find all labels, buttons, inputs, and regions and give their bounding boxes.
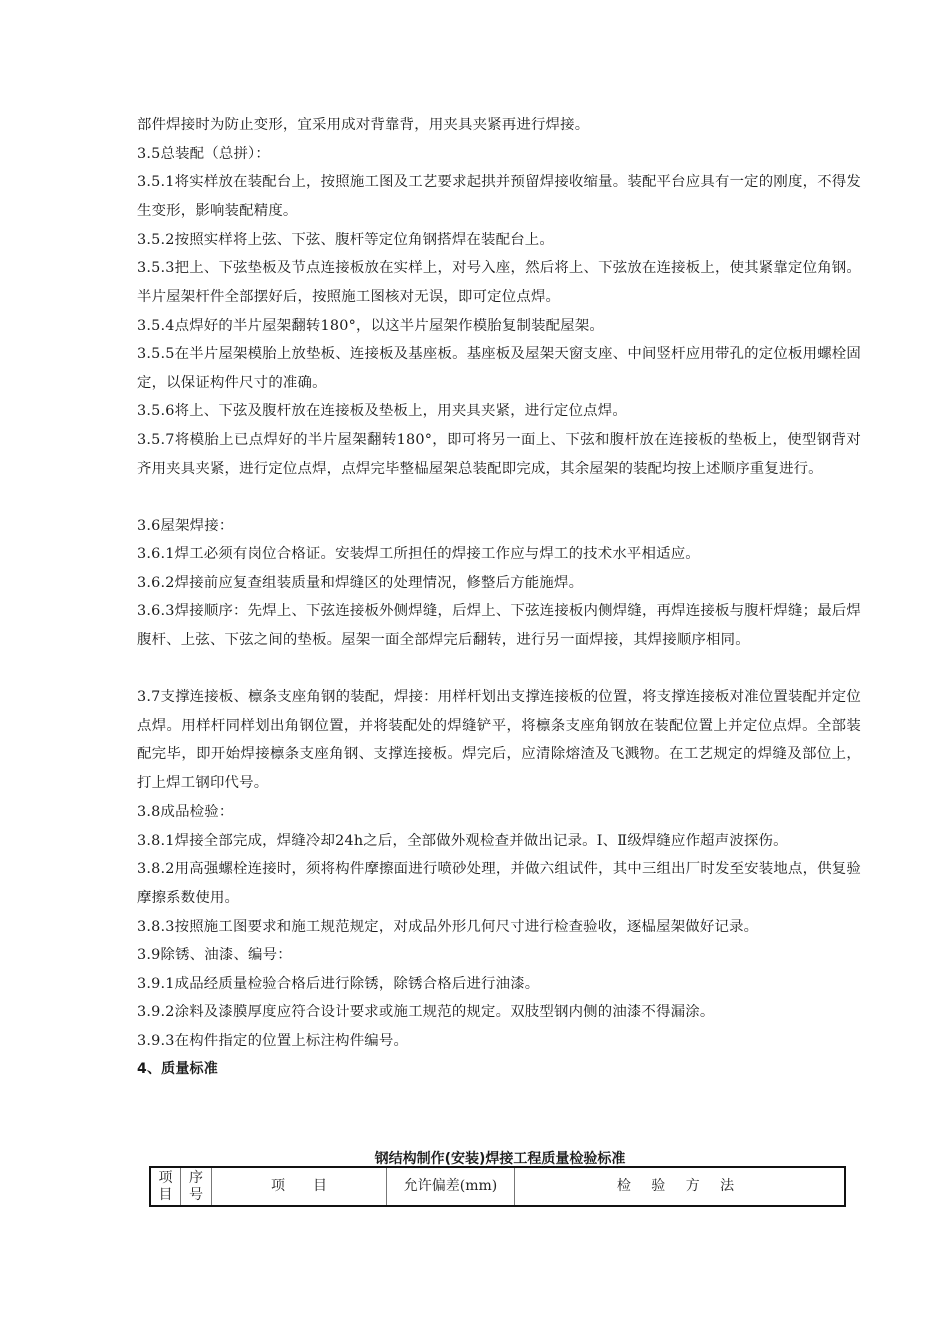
paragraph-3-5-7: 3.5.7将模胎上已点焊好的半片屋架翻转180°，即可将另一面上、下弦和腹杆放在…: [137, 426, 861, 483]
header-serial-number: 序 号: [181, 1167, 212, 1206]
header-serial-line2: 号: [181, 1187, 211, 1204]
paragraph-3-5-4: 3.5.4点焊好的半片屋架翻转180°，以这半片屋架作模胎复制装配屋架。: [137, 312, 861, 341]
heading-3-5: 3.5总装配（总拼）：: [137, 140, 861, 169]
paragraph-3-9-1: 3.9.1成品经质量检验合格后进行除锈，除锈合格后进行油漆。: [137, 970, 861, 999]
paragraph-3-8-3: 3.8.3按照施工图要求和施工规范规定，对成品外形几何尺寸进行检查验收，逐榀屋架…: [137, 913, 861, 942]
header-category-line2: 目: [151, 1187, 180, 1204]
table-title: 钢结构制作(安装)焊接工程质量检验标准: [140, 1148, 860, 1168]
header-inspection-method: 检 验 方 法: [515, 1167, 846, 1206]
paragraph-3-5-3: 3.5.3把上、下弦垫板及节点连接板放在实样上，对号入座，然后将上、下弦放在连接…: [137, 254, 861, 311]
section-heading-quality-standards: 4、质量标准: [137, 1055, 861, 1084]
table-header-row: 项 目 序 号 项 目 允许偏差(mm) 检 验 方 法: [150, 1167, 845, 1206]
header-category: 项 目: [150, 1167, 181, 1206]
paragraph-3-7: 3.7支撑连接板、檩条支座角钢的装配，焊接：用样杆划出支撑连接板的位置，将支撑连…: [137, 683, 861, 797]
paragraph-3-8-2: 3.8.2用高强螺栓连接时，须将构件摩擦面进行喷砂处理，并做六组试件，其中三组出…: [137, 855, 861, 912]
header-serial-line1: 序: [181, 1170, 211, 1187]
header-item: 项 目: [212, 1167, 387, 1206]
paragraph-intro: 部件焊接时为防止变形，宜采用成对背靠背，用夹具夹紧再进行焊接。: [137, 111, 861, 140]
heading-3-9: 3.9除锈、油漆、编号：: [137, 941, 861, 970]
paragraph-3-5-2: 3.5.2按照实样将上弦、下弦、腹杆等定位角钢搭焊在装配台上。: [137, 226, 861, 255]
heading-3-8: 3.8成品检验：: [137, 798, 861, 827]
document-page: 部件焊接时为防止变形，宜采用成对背靠背，用夹具夹紧再进行焊接。 3.5总装配（总…: [0, 0, 950, 1344]
header-category-line1: 项: [151, 1170, 180, 1187]
header-allowed-deviation: 允许偏差(mm): [387, 1167, 515, 1206]
paragraph-3-6-1: 3.6.1焊工必须有岗位合格证。安装焊工所担任的焊接工作应与焊工的技术水平相适应…: [137, 540, 861, 569]
paragraph-3-5-1: 3.5.1将实样放在装配台上，按照施工图及工艺要求起拱并预留焊接收缩量。装配平台…: [137, 168, 861, 225]
paragraph-3-5-5: 3.5.5在半片屋架模胎上放垫板、连接板及基座板。基座板及屋架天窗支座、中间竖杆…: [137, 340, 861, 397]
heading-3-6: 3.6屋架焊接：: [137, 512, 861, 541]
paragraph-3-9-3: 3.9.3在构件指定的位置上标注构件编号。: [137, 1027, 861, 1056]
paragraph-3-5-6: 3.5.6将上、下弦及腹杆放在连接板及垫板上，用夹具夹紧，进行定位点焊。: [137, 397, 861, 426]
quality-inspection-table: 项 目 序 号 项 目 允许偏差(mm) 检 验 方 法: [149, 1166, 846, 1207]
paragraph-3-9-2: 3.9.2涂料及漆膜厚度应符合设计要求或施工规范的规定。双肢型钢内侧的油漆不得漏…: [137, 998, 861, 1027]
paragraph-3-8-1: 3.8.1焊接全部完成，焊缝冷却24h之后，全部做外观检查并做出记录。Ⅰ、Ⅱ级焊…: [137, 827, 861, 856]
paragraph-3-6-3: 3.6.3焊接顺序：先焊上、下弦连接板外侧焊缝，后焊上、下弦连接板内侧焊缝，再焊…: [137, 597, 861, 654]
paragraph-3-6-2: 3.6.2焊接前应复查组装质量和焊缝区的处理情况，修整后方能施焊。: [137, 569, 861, 598]
